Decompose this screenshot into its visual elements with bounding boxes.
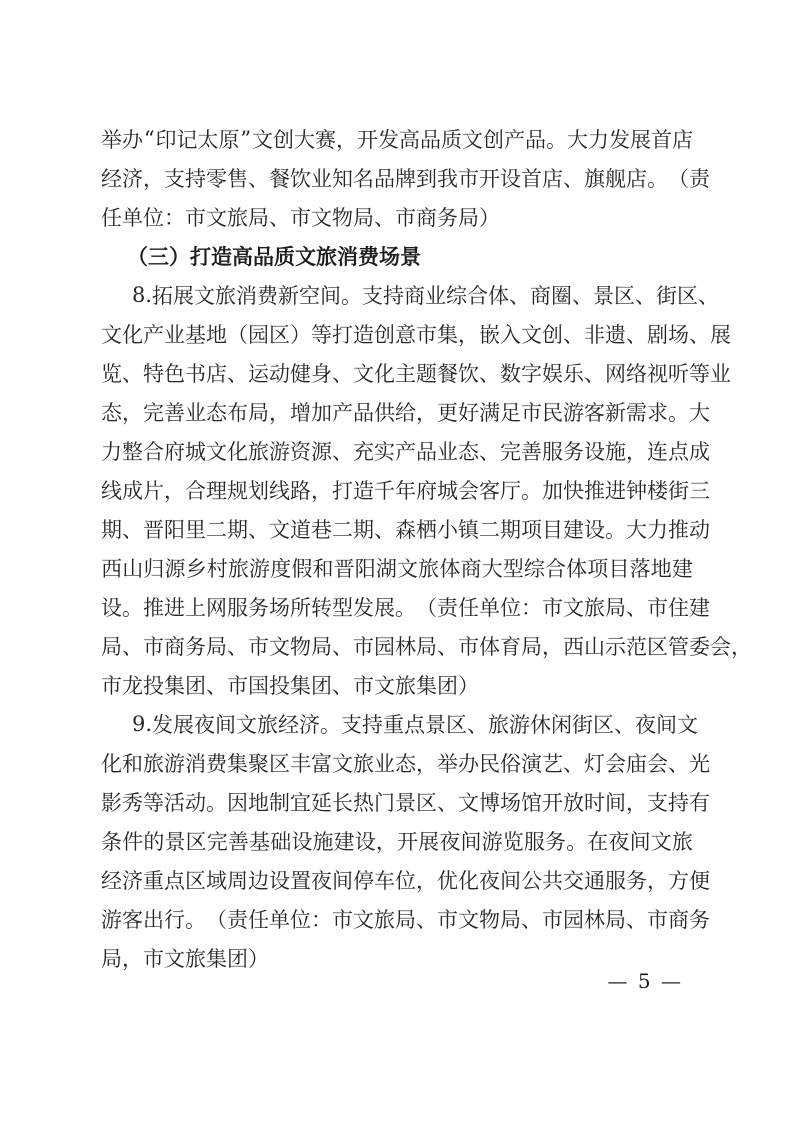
text-line: 态，完善业态布局，增加产品供给，更好满足市民游客新需求。大 bbox=[101, 392, 693, 431]
text-line: 局，市文旅集团） bbox=[101, 938, 693, 977]
text-line: 9.发展夜间文旅经济。支持重点景区、旅游休闲街区、夜间文 bbox=[101, 704, 693, 743]
text-line: 市龙投集团、市国投集团、市文旅集团） bbox=[101, 665, 693, 704]
text-line: 经济重点区域周边设置夜间停车位，优化夜间公共交通服务，方便 bbox=[101, 860, 693, 899]
text-line: 文化产业基地（园区）等打造创意市集，嵌入文创、非遗、剧场、展 bbox=[101, 314, 693, 353]
text-line: 览、特色书店、运动健身、文化主题餐饮、数字娱乐、网络视听等业 bbox=[101, 353, 693, 392]
text-line: 影秀等活动。因地制宜延长热门景区、文博场馆开放时间，支持有 bbox=[101, 782, 693, 821]
text-line: 局、市商务局、市文物局、市园林局、市体育局，西山示范区管委会， bbox=[101, 626, 693, 665]
section-heading: （三）打造高品质文旅消费场景 bbox=[101, 236, 693, 275]
text-line: 期、晋阳里二期、文道巷二期、森栖小镇二期项目建设。大力推动 bbox=[101, 509, 693, 548]
text-line: 力整合府城文化旅游资源、充实产品业态、完善服务设施，连点成 bbox=[101, 431, 693, 470]
document-page: 举办“印记太原”文创大赛，开发高品质文创产品。大力发展首店 经济，支持零售、餐饮… bbox=[0, 0, 793, 1122]
page-number: — 5 — bbox=[608, 969, 683, 993]
text-line: 任单位：市文旅局、市文物局、市商务局） bbox=[101, 197, 693, 236]
text-line: 游客出行。（责任单位：市文旅局、市文物局、市园林局、市商务 bbox=[101, 899, 693, 938]
text-line: 举办“印记太原”文创大赛，开发高品质文创产品。大力发展首店 bbox=[101, 119, 693, 158]
text-line: 条件的景区完善基础设施建设，开展夜间游览服务。在夜间文旅 bbox=[101, 821, 693, 860]
text-line: 化和旅游消费集聚区丰富文旅业态，举办民俗演艺、灯会庙会、光 bbox=[101, 743, 693, 782]
text-line: 设。推进上网服务场所转型发展。（责任单位：市文旅局、市住建 bbox=[101, 587, 693, 626]
document-body: 举办“印记太原”文创大赛，开发高品质文创产品。大力发展首店 经济，支持零售、餐饮… bbox=[101, 119, 693, 977]
text-line: 西山归源乡村旅游度假和晋阳湖文旅体商大型综合体项目落地建 bbox=[101, 548, 693, 587]
text-line: 线成片，合理规划线路，打造千年府城会客厅。加快推进钟楼街三 bbox=[101, 470, 693, 509]
text-line: 8.拓展文旅消费新空间。支持商业综合体、商圈、景区、街区、 bbox=[101, 275, 693, 314]
text-line: 经济，支持零售、餐饮业知名品牌到我市开设首店、旗舰店。（责 bbox=[101, 158, 693, 197]
